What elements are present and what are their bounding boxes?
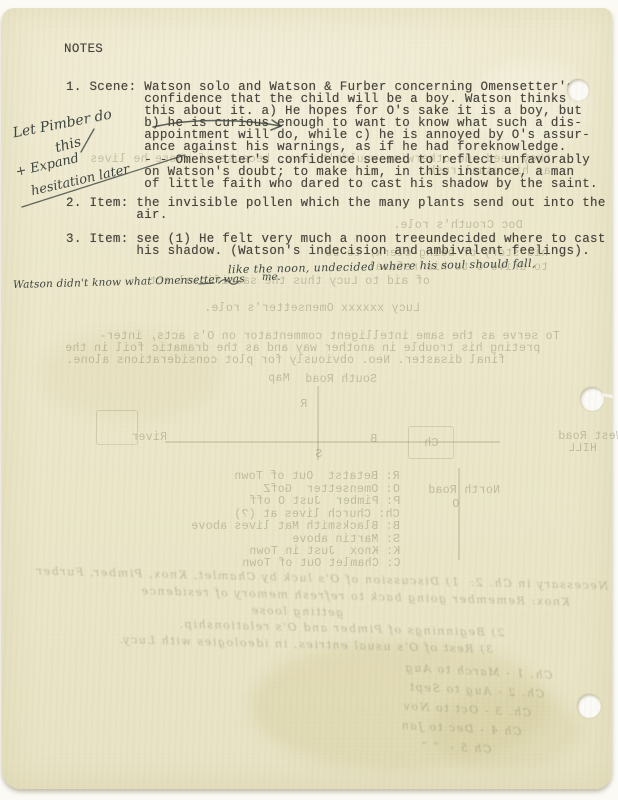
bleedthrough-map-label: S (315, 448, 322, 461)
typed-item-2: 2. Item: the invisible pollen which the … (66, 197, 606, 221)
bleedthrough-pencil-line: getting loose (250, 604, 344, 619)
bleedthrough-map-label: South Road (305, 373, 377, 386)
bleedthrough-map-label: Ch (424, 437, 438, 450)
bleedthrough-map-label: River (131, 431, 167, 444)
typed-item-1: 1. Scene: Watson solo and Watson & Furbe… (66, 81, 598, 190)
bleedthrough-line: Lucy xxxxxx Omensetter's role. (204, 302, 420, 315)
bleedthrough-key-line: B: Blacksmith Mat lives above (191, 520, 400, 533)
page-title: NOTES (64, 43, 103, 55)
hole-punch-top (567, 79, 589, 101)
bleedthrough-map-label: O (452, 498, 459, 511)
bleedthrough-key-line: P: Pimber Just O off (249, 495, 400, 508)
bleedthrough-map-label: B (370, 433, 377, 446)
bleedthrough-line: final disaster. Neo. obviously for plot … (66, 354, 505, 367)
typed-item-3: 3. Item: see (1) He felt very much a noo… (66, 233, 606, 257)
gloss-insert-annotation: me. (262, 272, 281, 283)
scanner-background: they need and otherwise wouldn't have, b… (0, 0, 618, 800)
hole-punch-bottom (577, 694, 601, 718)
bleedthrough-map-label: HILL (568, 442, 597, 455)
bleedthrough-map-label: North Road (428, 484, 500, 497)
bleedthrough-key-line: C: Chamlet Out of Town (242, 557, 400, 570)
bleedthrough-map-label: Map (268, 372, 290, 385)
bleedthrough-key-line: R: Betatst Out of Town (234, 470, 400, 483)
scanned-notes-page: { "document": { "title": "NOTES", "items… (0, 0, 618, 800)
hole-punch-middle (580, 387, 604, 411)
bleedthrough-map-label: R (300, 398, 307, 411)
